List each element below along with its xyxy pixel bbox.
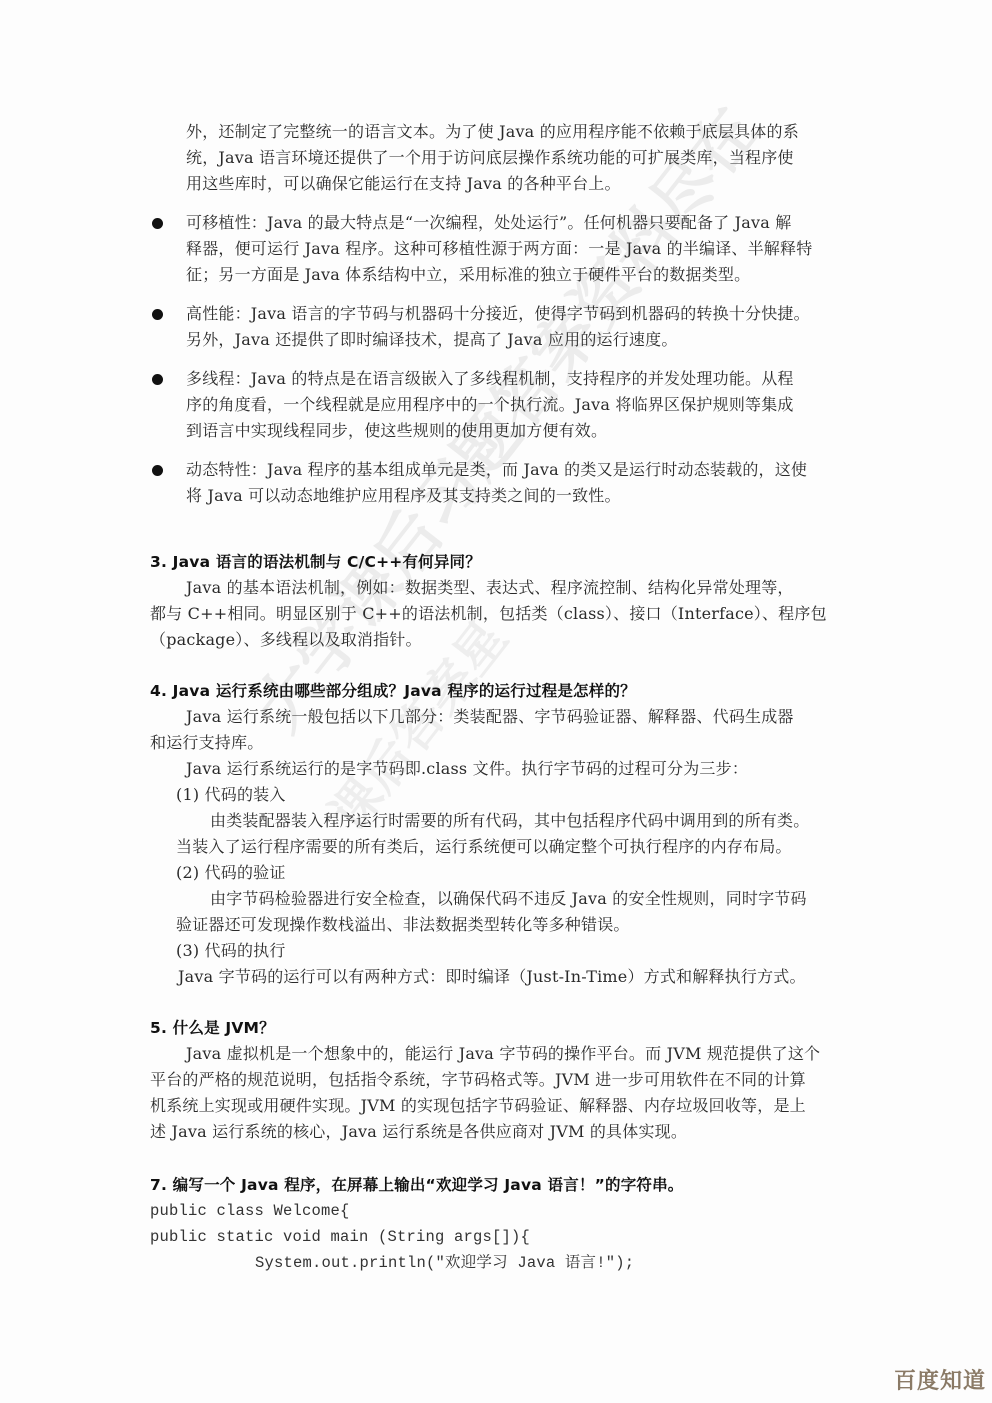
- bullet-line: 序的角度看，一个线程就是应用程序中的一个执行流。Java 将临界区保护规则等集成: [186, 395, 794, 415]
- answer-line: 平台的严格的规范说明，包括指令系统，字节码格式等。JVM 进一步可用软件在不同的…: [150, 1070, 806, 1090]
- answer-line: 由字节码检验器进行安全检查，以确保代码不违反 Java 的安全性规则，同时字节码: [210, 889, 807, 909]
- question-4-title: 4. Java 运行系统由哪些部分组成？Java 程序的运行过程是怎样的？: [150, 681, 636, 701]
- answer-line: Java 虚拟机是一个想象中的，能运行 Java 字节码的操作平台。而 JVM …: [186, 1044, 820, 1064]
- bullet-icon: [152, 218, 163, 229]
- code-line: public class Welcome{: [150, 1201, 350, 1221]
- answer-line: Java 字节码的运行可以有两种方式：即时编译（Just-In-Time）方式和…: [178, 967, 806, 987]
- answer-line: 都与 C++相同。明显区别于 C++的语法机制，包括类（class）、接口（In…: [150, 604, 827, 624]
- bullet-line: 动态特性：Java 程序的基本组成单元是类，而 Java 的类又是运行时动态装载…: [186, 460, 807, 480]
- question-7-title: 7. 编写一个 Java 程序，在屏幕上输出“欢迎学习 Java 语言！”的字符…: [150, 1175, 684, 1195]
- bullet-line: 另外，Java 还提供了即时编译技术，提高了 Java 应用的运行速度。: [186, 330, 678, 350]
- answer-line: Java 的基本语法机制，例如：数据类型、表达式、程序流控制、结构化异常处理等，: [186, 578, 794, 598]
- code-line: public static void main (String args[]){: [150, 1227, 530, 1247]
- step-heading: (3) 代码的执行: [176, 941, 286, 961]
- answer-line: 由类装配器装入程序运行时需要的所有代码，其中包括程序代码中调用到的所有类。: [210, 811, 809, 831]
- bullet-line: 征；另一方面是 Java 体系结构中立，采用标准的独立于硬件平台的数据类型。: [186, 265, 750, 285]
- step-heading: (1) 代码的装入: [176, 785, 286, 805]
- bullet-icon: [152, 465, 163, 476]
- answer-line: （package）、多线程以及取消指针。: [150, 630, 422, 650]
- bullet-line: 将 Java 可以动态地维护应用程序及其支持类之间的一致性。: [186, 486, 621, 506]
- bullet-icon: [152, 374, 163, 385]
- intro-line: 统，Java 语言环境还提供了一个用于访问底层操作系统功能的可扩展类库，当程序使: [186, 148, 794, 168]
- baidu-zhidao-logo: 百度知道: [894, 1364, 986, 1395]
- answer-line: Java 运行系统一般包括以下几部分：类装配器、字节码验证器、解释器、代码生成器: [186, 707, 794, 727]
- answer-line: 述 Java 运行系统的核心，Java 运行系统是各供应商对 JVM 的具体实现…: [150, 1122, 687, 1142]
- bullet-line: 可移植性：Java 的最大特点是“一次编程，处处运行”。任何机器只要配备了 Ja…: [186, 213, 791, 233]
- bullet-line: 到语言中实现线程同步，使这些规则的使用更加方便有效。: [186, 421, 607, 441]
- bullet-line: 释器，便可运行 Java 程序。这种可移植性源于两方面：一是 Java 的半编译…: [186, 239, 812, 259]
- answer-line: 和运行支持库。: [150, 733, 263, 753]
- answer-line: 验证器还可发现操作数栈溢出、非法数据类型转化等多种错误。: [176, 915, 630, 935]
- answer-line: Java 运行系统运行的是字节码即.class 文件。执行字节码的过程可分为三步…: [186, 759, 748, 779]
- intro-line: 外，还制定了完整统一的语言文本。为了使 Java 的应用程序能不依赖于底层具体的…: [186, 122, 799, 142]
- bullet-line: 多线程：Java 的特点是在语言级嵌入了多线程机制，支持程序的并发处理功能。从程: [186, 369, 794, 389]
- bullet-icon: [152, 309, 163, 320]
- question-5-title: 5. 什么是 JVM？: [150, 1018, 275, 1038]
- step-heading: (2) 代码的验证: [176, 863, 286, 883]
- bullet-line: 高性能：Java 语言的字节码与机器码十分接近，使得字节码到机器码的转换十分快捷…: [186, 304, 810, 324]
- intro-line: 用这些库时，可以确保它能运行在支持 Java 的各种平台上。: [186, 174, 621, 194]
- answer-line: 机系统上实现或用硬件实现。JVM 的实现包括字节码验证、解释器、内存垃圾回收等，…: [150, 1096, 806, 1116]
- code-line: System.out.println("欢迎学习 Java 语言!");: [255, 1253, 634, 1273]
- answer-line: 当装入了运行程序需要的所有类后，运行系统便可以确定整个可执行程序的内存布局。: [176, 837, 792, 857]
- question-3-title: 3. Java 语言的语法机制与 C/C++有何异同？: [150, 552, 481, 572]
